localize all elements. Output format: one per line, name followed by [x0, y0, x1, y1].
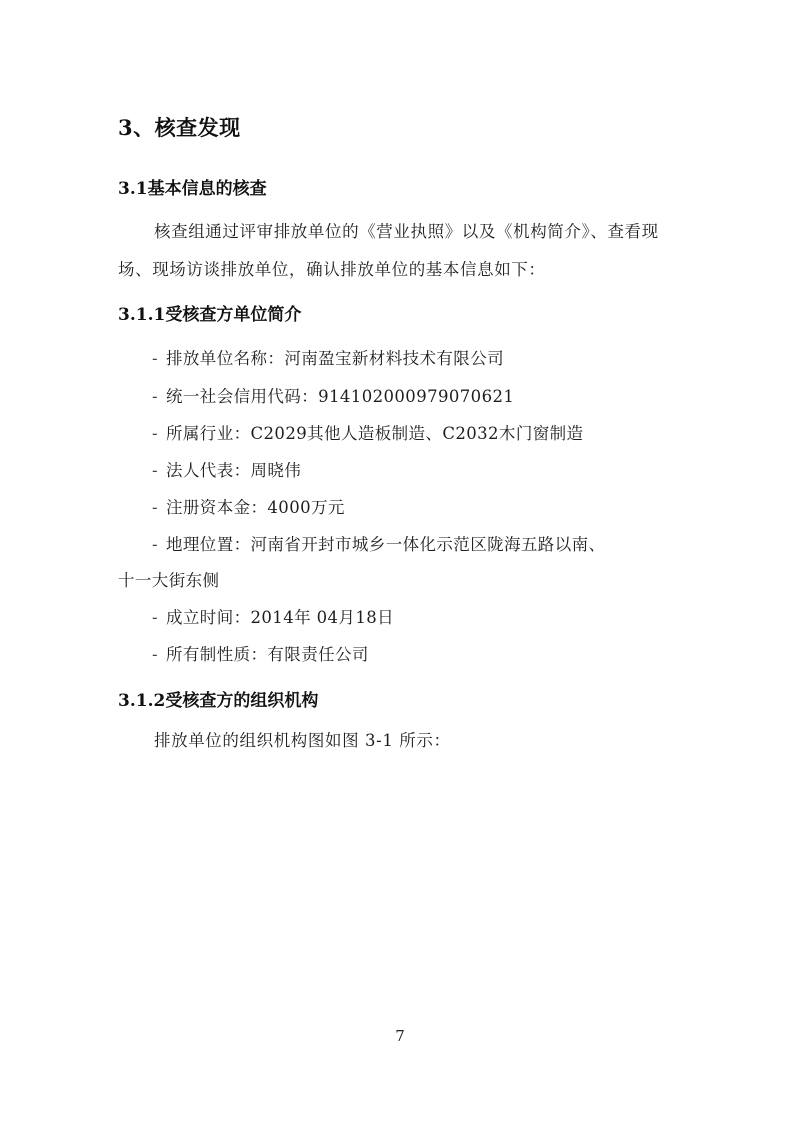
- subsection-heading-3-1: 3.1基本信息的核查: [118, 174, 267, 199]
- item-label: 所有制性质：: [166, 645, 267, 664]
- item-value: 河南省开封市城乡一体化示范区陇海五路以南、: [251, 535, 606, 554]
- item-label: 所属行业：: [166, 424, 251, 443]
- info-item-name: -排放单位名称：河南盈宝新材料技术有限公司: [152, 345, 504, 369]
- bullet-dash: -: [152, 461, 166, 480]
- item-label: 法人代表：: [166, 461, 251, 480]
- item-value: 河南盈宝新材料技术有限公司: [284, 349, 504, 368]
- item-value: C2029其他人造板制造、C2032木门窗制造: [251, 424, 584, 443]
- section-heading: 3、核查发现: [118, 112, 241, 142]
- intro-paragraph: 核查组通过评审排放单位的《营业执照》以及《机构简介》、查看现场、现场访谈排放单位…: [118, 213, 678, 289]
- bullet-dash: -: [152, 645, 166, 664]
- item-label: 统一社会信用代码：: [166, 387, 318, 406]
- item-label: 排放单位名称：: [166, 349, 284, 368]
- item-label: 地理位置：: [166, 535, 251, 554]
- item-value: 有限责任公司: [267, 645, 368, 664]
- info-item-location: -地理位置：河南省开封市城乡一体化示范区陇海五路以南、: [152, 531, 605, 555]
- item-value: 4000万元: [267, 498, 344, 517]
- bullet-dash: -: [152, 498, 166, 517]
- info-item-founded: -成立时间：2014年 04月18日: [152, 604, 394, 628]
- subsection-heading-3-1-1: 3.1.1受核查方单位简介: [118, 300, 301, 325]
- bullet-dash: -: [152, 535, 166, 554]
- item-value: 周晓伟: [251, 461, 302, 480]
- info-item-credit-code: -统一社会信用代码：914102000979070621: [152, 383, 514, 407]
- info-item-industry: -所属行业：C2029其他人造板制造、C2032木门窗制造: [152, 420, 583, 444]
- info-item-capital: -注册资本金：4000万元: [152, 494, 345, 518]
- bullet-dash: -: [152, 424, 166, 443]
- page-number: 7: [0, 1027, 800, 1045]
- info-item-location-continuation: 十一大街东侧: [118, 567, 219, 591]
- item-value: 2014年 04月18日: [251, 608, 395, 627]
- info-item-legal-rep: -法人代表：周晓伟: [152, 457, 301, 481]
- org-chart-intro-paragraph: 排放单位的组织机构图如图 3-1 所示：: [118, 722, 678, 760]
- document-page: 3、核查发现 3.1基本信息的核查 核查组通过评审排放单位的《营业执照》以及《机…: [0, 0, 800, 1131]
- item-value: 914102000979070621: [318, 387, 514, 406]
- bullet-dash: -: [152, 387, 166, 406]
- item-label: 成立时间：: [166, 608, 251, 627]
- bullet-dash: -: [152, 349, 166, 368]
- info-item-ownership: -所有制性质：有限责任公司: [152, 641, 369, 665]
- subsection-heading-3-1-2: 3.1.2受核查方的组织机构: [118, 686, 318, 711]
- bullet-dash: -: [152, 608, 166, 627]
- item-label: 注册资本金：: [166, 498, 267, 517]
